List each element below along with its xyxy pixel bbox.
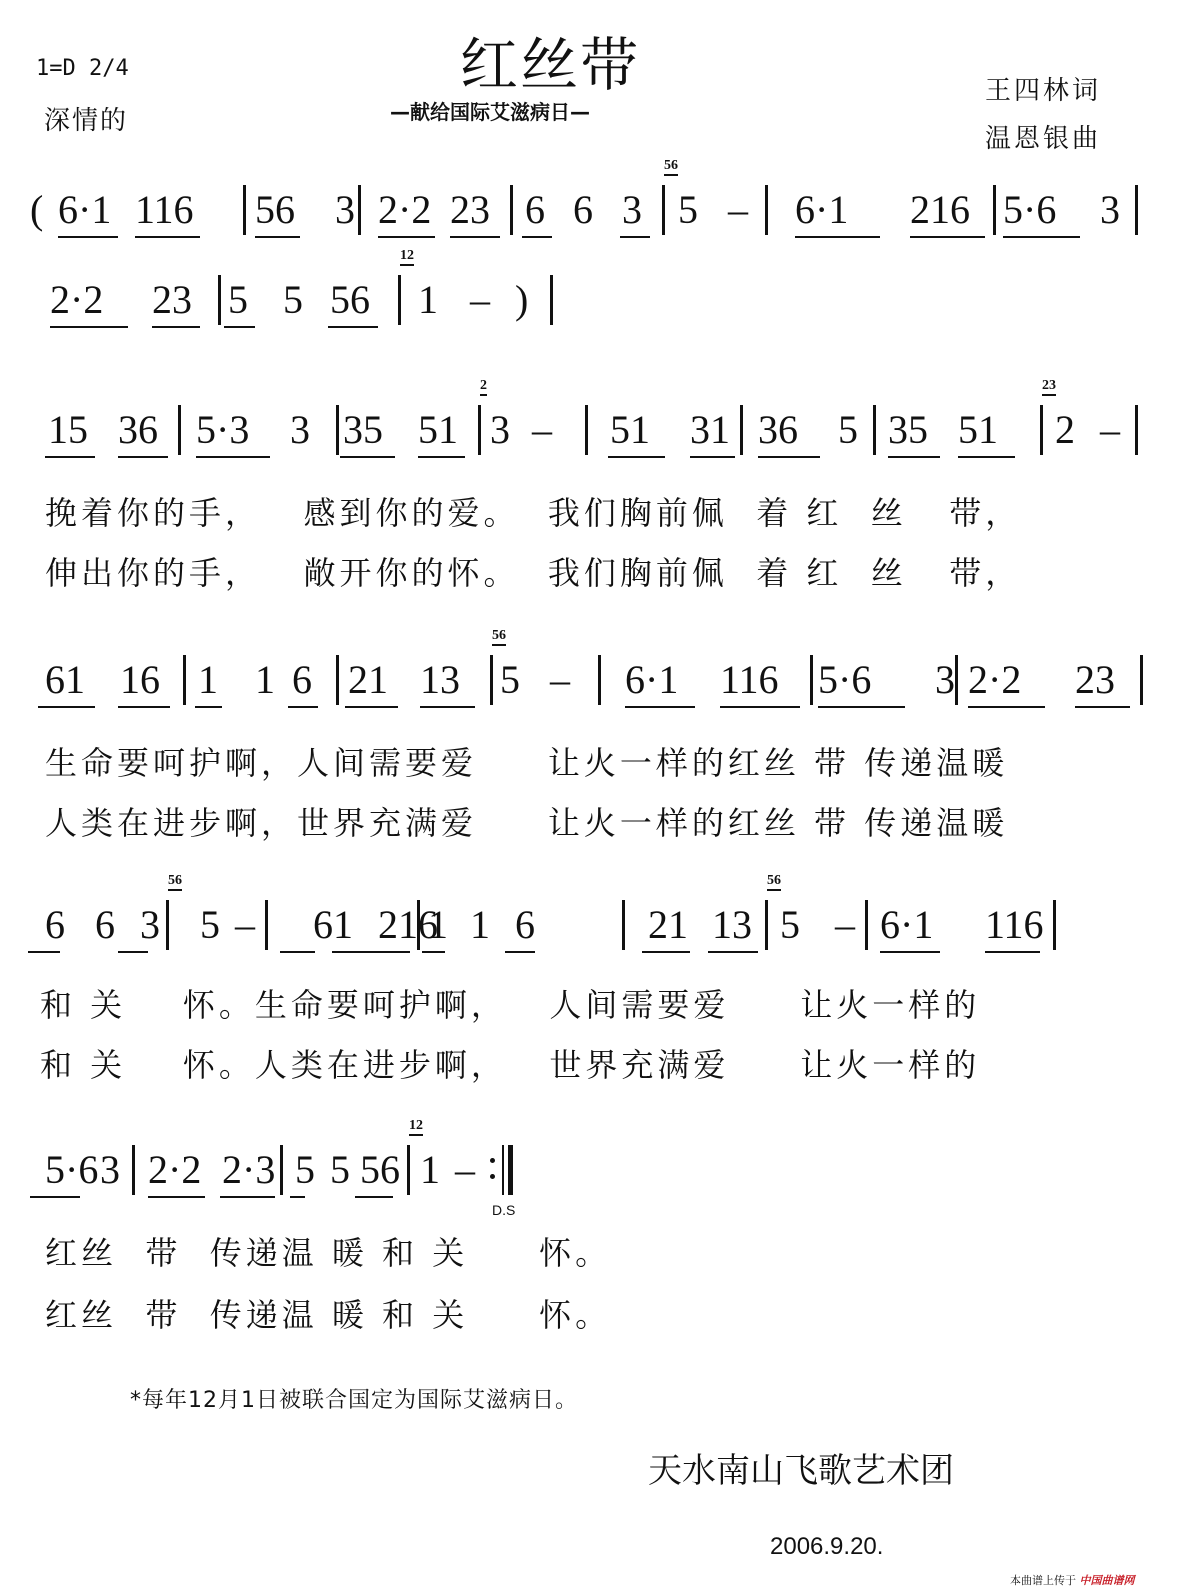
barline <box>598 655 601 705</box>
note: 15 <box>48 410 88 450</box>
barline <box>993 185 996 235</box>
note: 3 <box>1100 190 1120 230</box>
note: 5·6 <box>45 1150 98 1190</box>
song-title: 红丝带 <box>460 18 640 102</box>
note: 13 <box>420 660 460 700</box>
note: 23 <box>1075 660 1115 700</box>
note: 6 <box>95 905 115 945</box>
note: 13 <box>712 905 752 945</box>
note: 5·6 <box>1003 190 1056 230</box>
upload-note: 本曲谱上传于 <box>1010 1574 1076 1587</box>
barline <box>166 900 169 950</box>
note: 16 <box>120 660 160 700</box>
beam-underline <box>708 951 758 953</box>
note: 1 <box>428 905 448 945</box>
lyric-line: 人类在进步啊，世界充满爱 让火一样的红丝 带 传递温暖 <box>45 798 1008 844</box>
beam-underline <box>450 236 500 238</box>
beam-underline <box>985 951 1040 953</box>
beam-underline <box>50 326 128 328</box>
note: 6 <box>45 905 65 945</box>
beam-underline <box>30 1196 80 1198</box>
beam-underline <box>625 706 695 708</box>
note: 23 <box>152 280 192 320</box>
barline <box>243 185 246 235</box>
note: 51 <box>418 410 458 450</box>
note: 5 <box>678 190 698 230</box>
beam-underline <box>690 456 735 458</box>
barline <box>1135 405 1138 455</box>
beam-underline <box>224 326 255 328</box>
grace-note: 56 <box>492 628 506 646</box>
beam-underline <box>38 706 95 708</box>
note: 5 <box>500 660 520 700</box>
barline <box>407 1145 410 1195</box>
note: 1 <box>420 1150 440 1190</box>
note: 2·2 <box>378 190 431 230</box>
note: 35 <box>888 410 928 450</box>
beam-underline <box>910 236 985 238</box>
site-logo[interactable]: 中国曲谱网 <box>1080 1574 1135 1587</box>
note: 23 <box>450 190 490 230</box>
beam-underline <box>642 951 690 953</box>
note: 56 <box>255 190 295 230</box>
beam-underline <box>118 456 168 458</box>
beam-underline <box>332 951 410 953</box>
beam-underline <box>288 706 318 708</box>
note: 5 <box>838 410 858 450</box>
lyric-line: 和 关 怀。生命要呵护啊， 人间需要爱 让火一样的 <box>40 980 980 1026</box>
lyricist-credit: 王四林词 <box>985 70 1101 107</box>
note: 5 <box>283 280 303 320</box>
note: 2·2 <box>968 660 1021 700</box>
lyric-line: 红丝 带 传递温 暖 和 关 怀。 <box>45 1290 611 1336</box>
note: – <box>1100 410 1120 450</box>
note: – <box>235 905 255 945</box>
lyric-line: 红丝 带 传递温 暖 和 关 怀。 <box>45 1228 611 1274</box>
barline <box>398 275 401 325</box>
barline <box>1053 900 1056 950</box>
beam-underline <box>1075 706 1130 708</box>
beam-underline <box>58 236 118 238</box>
lyric-line: 和 关 怀。人类在进步啊， 世界充满爱 让火一样的 <box>40 1040 980 1086</box>
beam-underline <box>420 706 475 708</box>
note: – <box>455 1150 475 1190</box>
song-subtitle: —献给国际艾滋病日— <box>390 96 590 125</box>
barline <box>585 405 588 455</box>
beam-underline <box>758 456 820 458</box>
barline <box>358 185 361 235</box>
note: – <box>550 660 570 700</box>
barline <box>865 900 868 950</box>
composer-credit: 温恩银曲 <box>985 118 1101 155</box>
beam-underline <box>1003 236 1080 238</box>
beam-underline <box>280 951 315 953</box>
note: 3 <box>335 190 355 230</box>
note: 21 <box>348 660 388 700</box>
note: 216 <box>910 190 970 230</box>
beam-underline <box>195 706 222 708</box>
note: 5 <box>295 1150 315 1190</box>
note: 3 <box>622 190 642 230</box>
note: 56 <box>330 280 370 320</box>
grace-note: 12 <box>409 1118 423 1136</box>
barline <box>336 655 339 705</box>
grace-note: 23 <box>1042 378 1056 396</box>
beam-underline <box>818 706 905 708</box>
note: 5 <box>780 905 800 945</box>
beam-underline <box>340 456 395 458</box>
barline <box>1135 185 1138 235</box>
beam-underline <box>418 456 465 458</box>
grace-note: 56 <box>664 158 678 176</box>
barline <box>336 405 339 455</box>
note: 5 <box>200 905 220 945</box>
note: – <box>532 410 552 450</box>
barline <box>1040 405 1043 455</box>
footnote: *每年12月1日被联合国定为国际艾滋病日。 <box>130 1383 578 1414</box>
beam-underline <box>290 1196 305 1198</box>
barline <box>218 275 221 325</box>
note: 35 <box>343 410 383 450</box>
note: 2·2 <box>148 1150 201 1190</box>
date: 2006.9.20. <box>770 1533 883 1561</box>
barline <box>132 1145 135 1195</box>
barline <box>1140 655 1143 705</box>
barline <box>265 900 268 950</box>
barline <box>622 900 625 950</box>
barline <box>510 185 513 235</box>
beam-underline <box>795 236 880 238</box>
note: 51 <box>610 410 650 450</box>
beam-underline <box>135 236 200 238</box>
barline <box>280 1145 283 1195</box>
note: 5·3 <box>196 410 249 450</box>
note: 51 <box>958 410 998 450</box>
note: 1 <box>198 660 218 700</box>
barline <box>740 405 743 455</box>
note: 6 <box>515 905 535 945</box>
beam-underline <box>196 456 270 458</box>
note: 2·2 <box>50 280 103 320</box>
beam-underline <box>255 236 300 238</box>
note: 61 <box>45 660 85 700</box>
note: ( <box>30 190 43 230</box>
beam-underline <box>118 706 170 708</box>
grace-note: 2 <box>480 378 487 396</box>
note: 5 <box>228 280 248 320</box>
note: 6·1 <box>880 905 933 945</box>
beam-underline <box>148 1196 205 1198</box>
beam-underline <box>118 951 148 953</box>
note: 2 <box>1055 410 1075 450</box>
note: 3 <box>490 410 510 450</box>
beam-underline <box>345 706 398 708</box>
note: 1 <box>418 280 438 320</box>
barline <box>955 655 958 705</box>
note: ) <box>515 280 528 320</box>
barline <box>765 185 768 235</box>
barline <box>478 405 481 455</box>
note: 3 <box>100 1150 120 1190</box>
note: 3 <box>140 905 160 945</box>
beam-underline <box>378 236 435 238</box>
note: 6·1 <box>625 660 678 700</box>
grace-note: 56 <box>767 873 781 891</box>
note: 3 <box>935 660 955 700</box>
note: 6 <box>292 660 312 700</box>
beam-underline <box>880 951 940 953</box>
lyric-line: 挽着你的手， 感到你的爱。 我们胸前佩 着 红 丝 带， <box>45 488 1021 534</box>
barline <box>810 655 813 705</box>
note: 116 <box>135 190 194 230</box>
beam-underline <box>152 326 200 328</box>
barline <box>765 900 768 950</box>
barline <box>178 405 181 455</box>
note: 5 <box>330 1150 350 1190</box>
barline <box>550 275 553 325</box>
barline <box>873 405 876 455</box>
barline <box>662 185 665 235</box>
note: 6·1 <box>795 190 848 230</box>
barline <box>490 655 493 705</box>
upload-attribution: 本曲谱上传于 中国曲谱网 <box>1010 1572 1135 1588</box>
note: – <box>470 280 490 320</box>
beam-underline <box>328 326 378 328</box>
note: 2·3 <box>222 1150 275 1190</box>
lyric-line: 生命要呵护啊，人间需要爱 让火一样的红丝 带 传递温暖 <box>45 738 1008 784</box>
lyric-line: 伸出你的手， 敞开你的怀。 我们胸前佩 着 红 丝 带， <box>45 548 1021 594</box>
beam-underline <box>608 456 665 458</box>
key-signature: 1=D 2/4 <box>36 56 129 81</box>
note: 36 <box>758 410 798 450</box>
note: 116 <box>985 905 1044 945</box>
note: 1 <box>255 660 275 700</box>
note: 6 <box>525 190 545 230</box>
dal-segno-label: D.S <box>492 1202 515 1218</box>
note: 31 <box>690 410 730 450</box>
note: 3 <box>290 410 310 450</box>
note: 6 <box>573 190 593 230</box>
beam-underline <box>45 456 95 458</box>
beam-underline <box>422 951 445 953</box>
note: – <box>835 905 855 945</box>
tempo-marking: 深情的 <box>44 100 128 137</box>
note: 21 <box>648 905 688 945</box>
note: 116 <box>720 660 779 700</box>
note: 5·6 <box>818 660 871 700</box>
barline <box>183 655 186 705</box>
beam-underline <box>720 706 800 708</box>
grace-note: 56 <box>168 873 182 891</box>
beam-underline <box>888 456 940 458</box>
beam-underline <box>620 236 650 238</box>
beam-underline <box>958 456 1015 458</box>
note: 1 <box>470 905 490 945</box>
note: 36 <box>118 410 158 450</box>
beam-underline <box>505 951 535 953</box>
beam-underline <box>28 951 60 953</box>
grace-note: 12 <box>400 248 414 266</box>
note: – <box>728 190 748 230</box>
note: 61 <box>313 905 353 945</box>
beam-underline <box>355 1196 393 1198</box>
troupe-name: 天水南山飞歌艺术团 <box>648 1443 954 1492</box>
note: 6·1 <box>58 190 111 230</box>
beam-underline <box>220 1196 275 1198</box>
beam-underline <box>968 706 1045 708</box>
beam-underline <box>522 236 552 238</box>
note: 56 <box>360 1150 400 1190</box>
barline <box>417 900 420 950</box>
staff-line-intro-2: 2·2235556121–) <box>0 270 1200 380</box>
